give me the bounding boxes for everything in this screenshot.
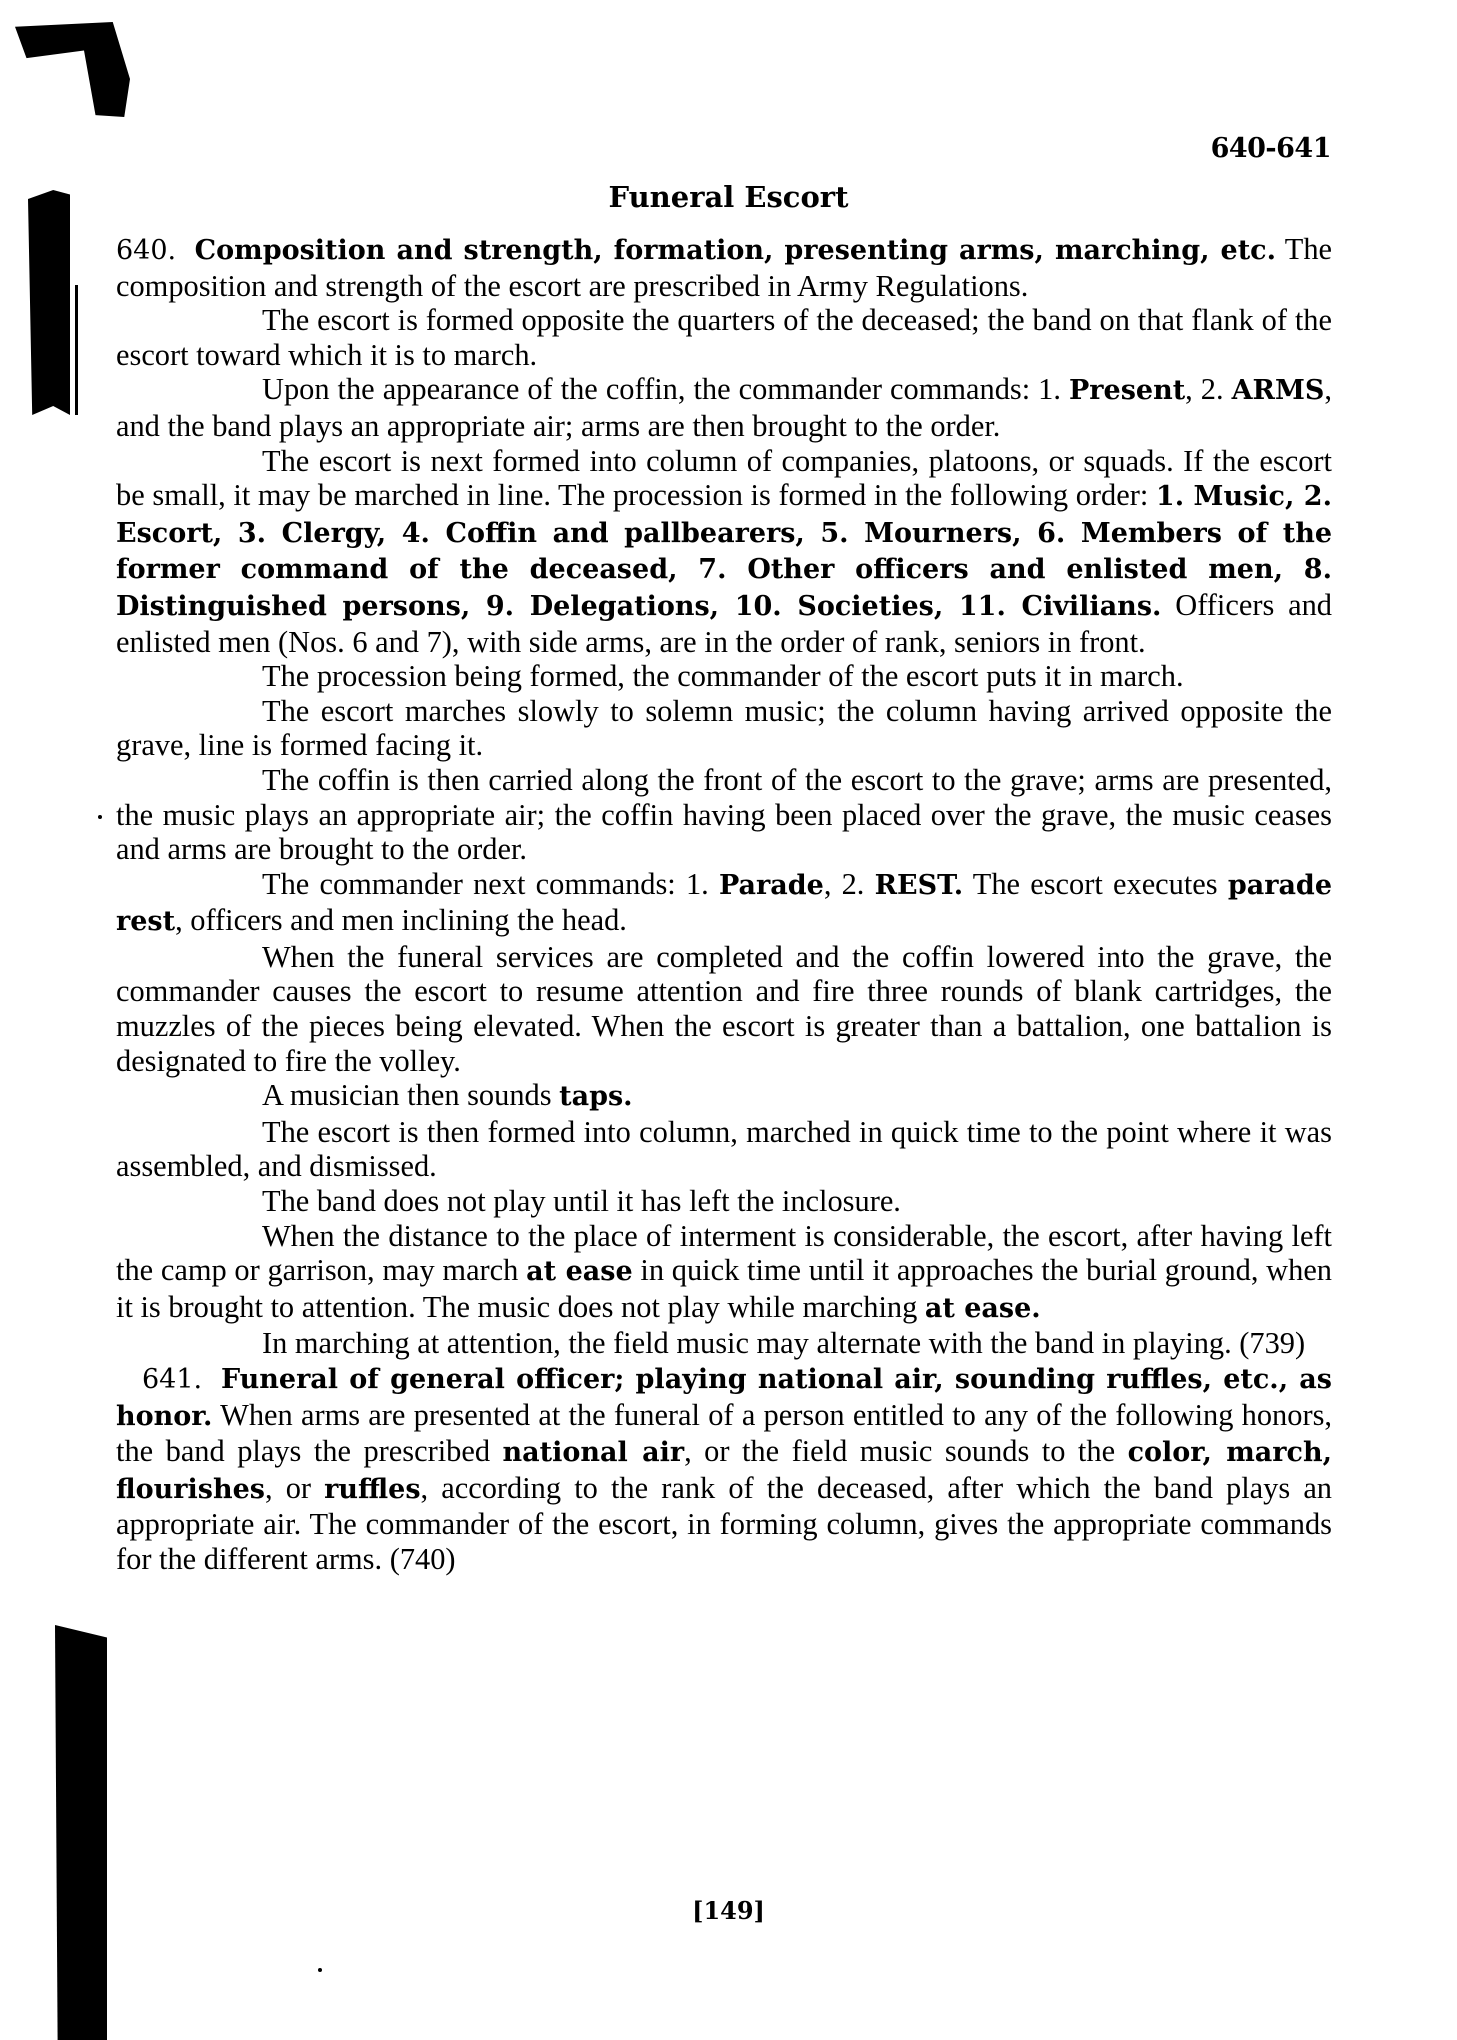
text: , officers and men inclining the head. — [175, 903, 627, 937]
paragraph: The escort is then formed into column, m… — [116, 1115, 1332, 1184]
text: , or — [265, 1471, 324, 1505]
command-text: Parade — [719, 870, 824, 901]
command-text: at ease — [526, 1256, 633, 1287]
section-range-header: 640-641 — [1211, 133, 1331, 164]
paragraph: When the distance to the place of interm… — [116, 1219, 1332, 1327]
paragraph: A musician then sounds taps. — [116, 1078, 1332, 1115]
page-title: Funeral Escort — [0, 180, 1457, 214]
page-number-footer: [149] — [0, 1896, 1457, 1925]
text: , 2. — [824, 867, 875, 901]
scan-artifact-margin-bar — [55, 1625, 107, 2040]
section-number: 641. — [142, 1364, 202, 1395]
section-heading: Composition and strength, formation, pre… — [195, 235, 1276, 266]
command-text: taps. — [559, 1081, 632, 1112]
command-text: Present — [1069, 375, 1185, 406]
paragraph: The escort is next formed into column of… — [116, 444, 1332, 660]
document-body: 640. Composition and strength, formation… — [116, 232, 1332, 1577]
command-text: at ease. — [925, 1293, 1041, 1324]
paragraph: In marching at attention, the field musi… — [116, 1326, 1332, 1361]
text: The escort is next formed into column of… — [116, 444, 1332, 513]
paragraph: The band does not play until it has left… — [116, 1184, 1332, 1219]
honor-text: national air — [503, 1437, 685, 1468]
scan-artifact-margin-line — [75, 285, 78, 415]
scan-artifact-margin-bar — [28, 190, 70, 415]
text: A musician then sounds — [262, 1078, 559, 1112]
paragraph: When the funeral services are completed … — [116, 940, 1332, 1078]
scan-speck — [98, 815, 102, 819]
paragraph: Upon the appearance of the coffin, the c… — [116, 372, 1332, 443]
paragraph-640-heading: 640. Composition and strength, formation… — [116, 232, 1332, 303]
paragraph: The escort marches slowly to solemn musi… — [116, 694, 1332, 763]
paragraph-641-heading: 641. Funeral of general officer; playing… — [116, 1361, 1332, 1577]
text: Upon the appearance of the coffin, the c… — [262, 372, 1069, 406]
paragraph: The coffin is then carried along the fro… — [116, 763, 1332, 867]
paragraph: The procession being formed, the command… — [116, 659, 1332, 694]
paragraph: The commander next commands: 1. Parade, … — [116, 867, 1332, 940]
scan-speck — [318, 1968, 322, 1972]
text: , or the field music sounds to the — [684, 1434, 1128, 1468]
section-number: 640. — [116, 235, 176, 266]
scan-artifact-corner — [15, 22, 130, 117]
text: The commander next commands: 1. — [262, 867, 719, 901]
command-text: REST. — [875, 870, 964, 901]
honor-text: ruffles — [324, 1474, 420, 1505]
text: The escort executes — [963, 867, 1228, 901]
command-text: ARMS — [1232, 375, 1325, 406]
paragraph: The escort is formed opposite the quarte… — [116, 303, 1332, 372]
text: , 2. — [1185, 372, 1231, 406]
